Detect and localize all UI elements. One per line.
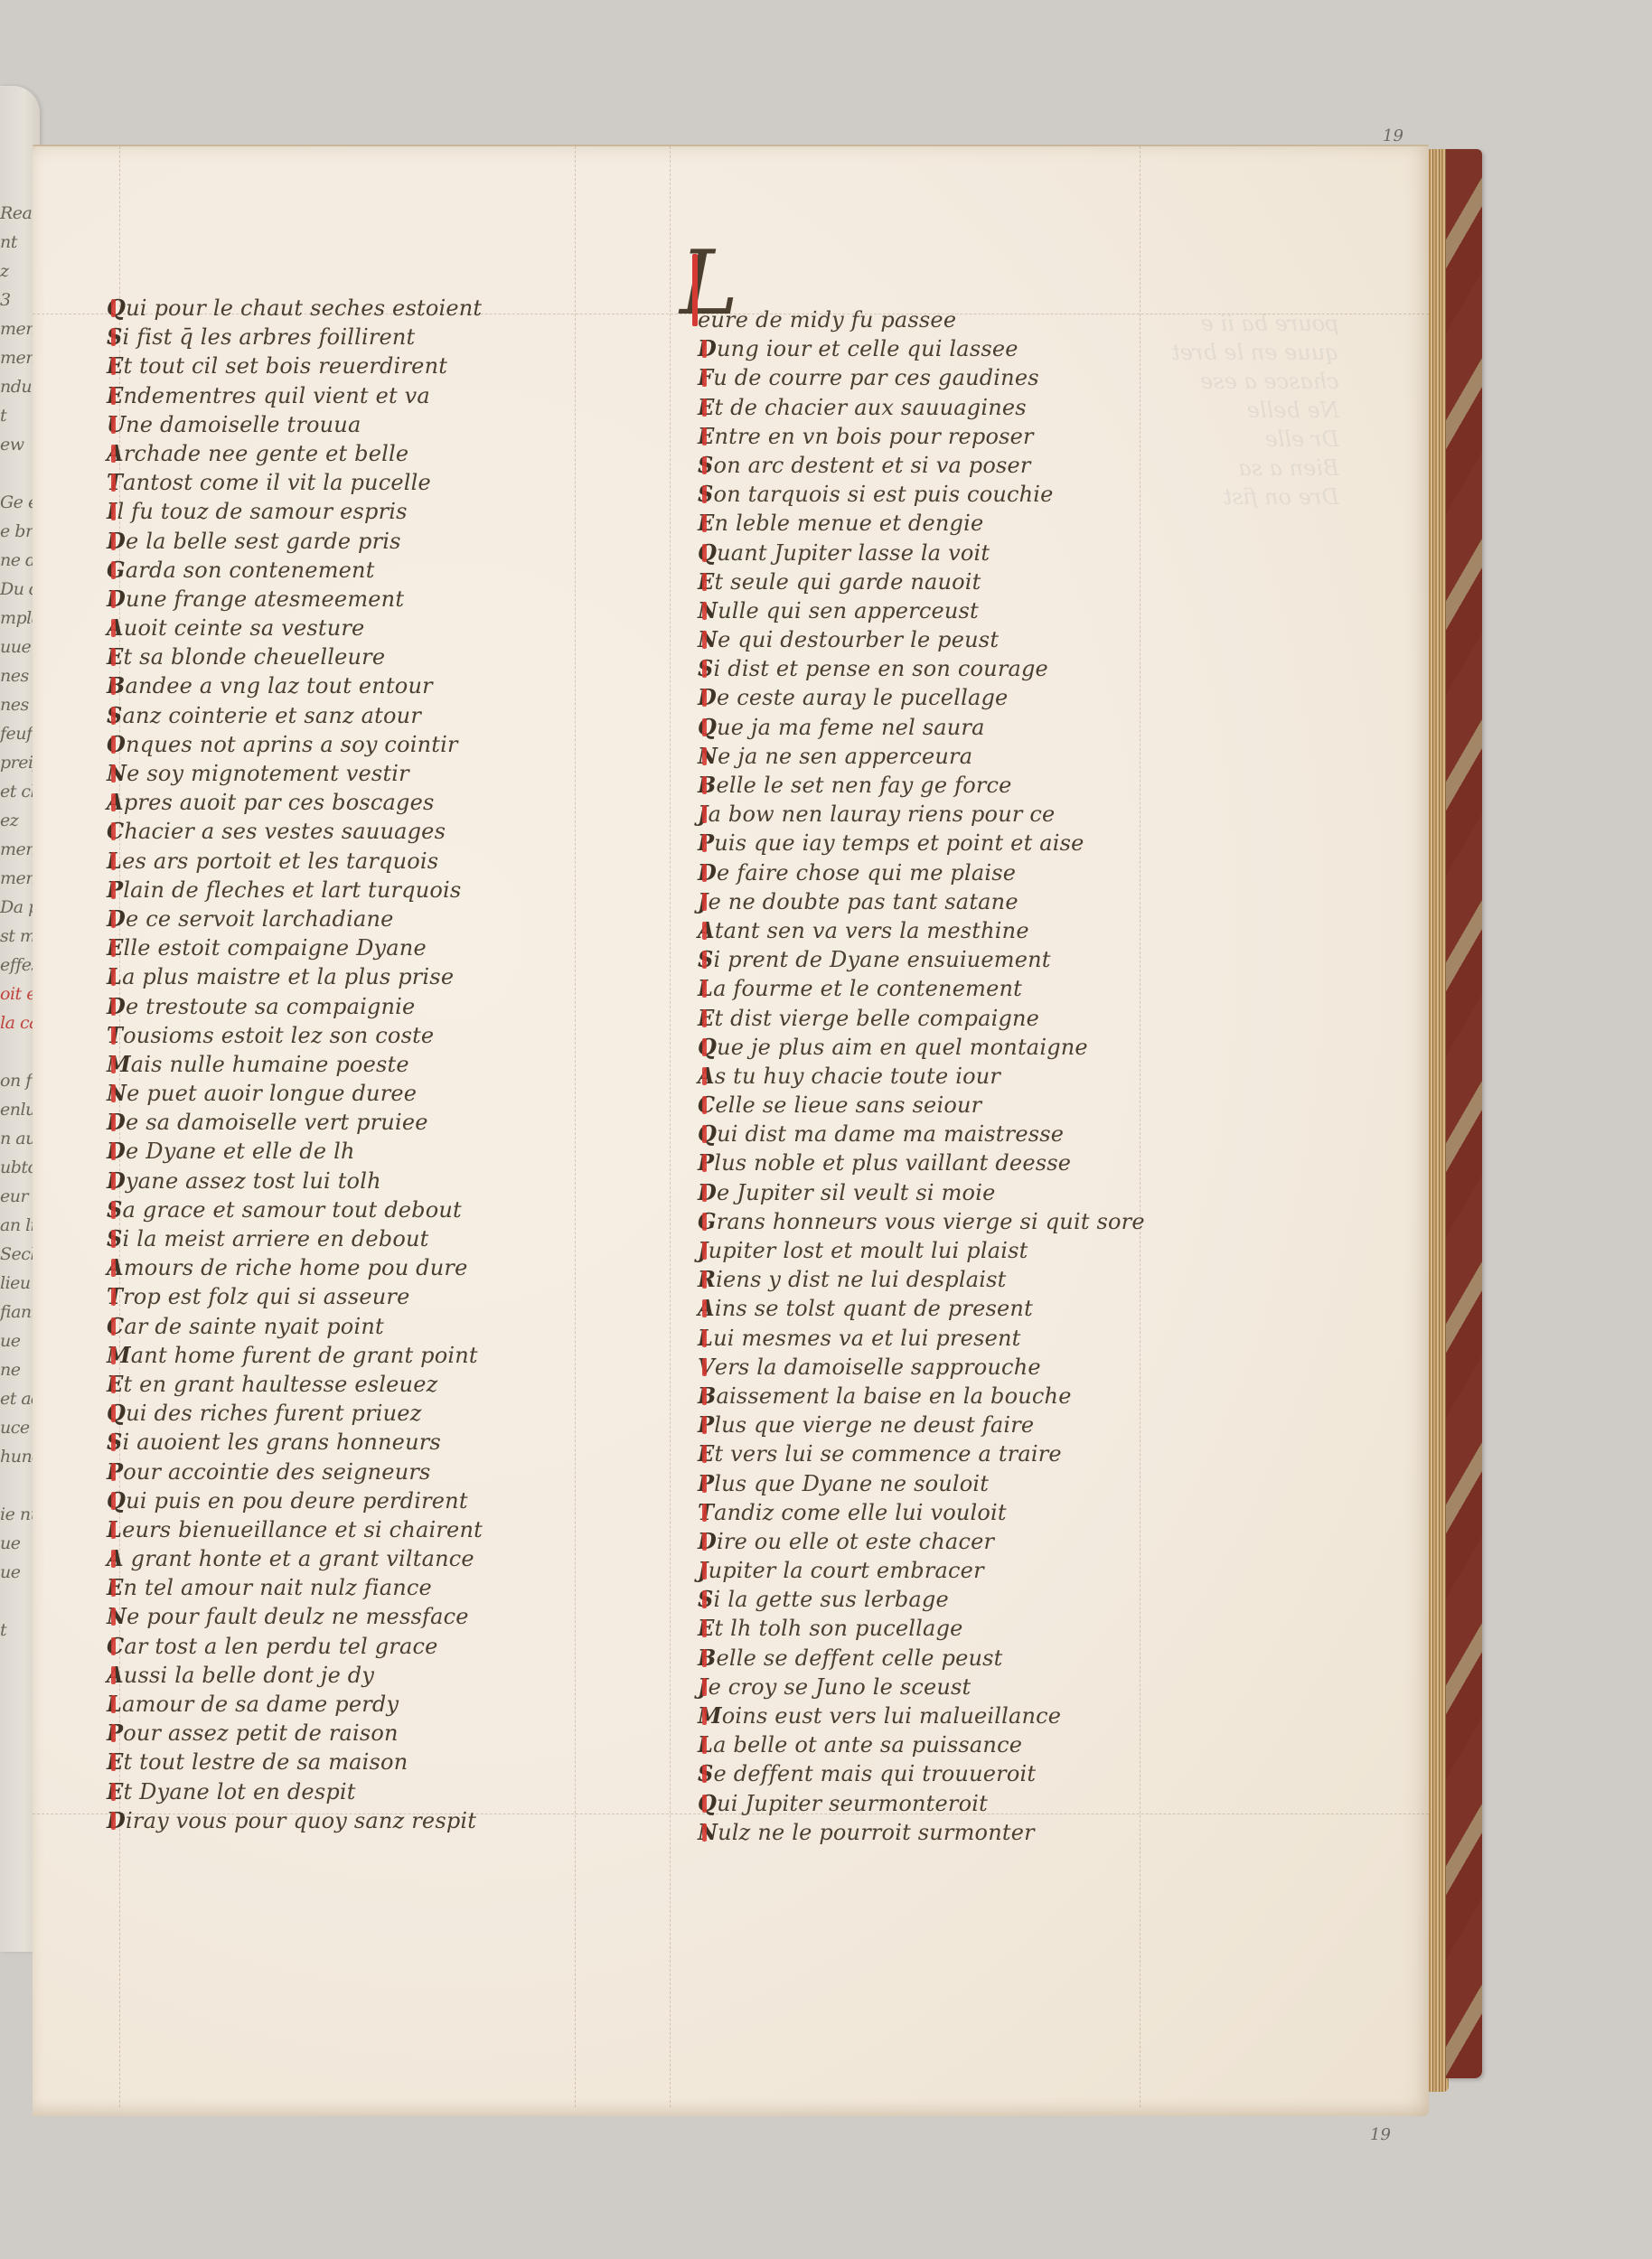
rubricated-initial: J	[698, 1236, 709, 1265]
verse-line: Tandiz come elle lui vouloit	[698, 1498, 1145, 1527]
rubricated-initial: P	[107, 1719, 123, 1748]
verse-line: Ne soy mignotement vestir	[107, 759, 483, 788]
verse-line: Son tarquois si est puis couchie	[698, 480, 1145, 509]
rubricated-initial: I	[107, 497, 117, 526]
verse-line: Ja bow nen lauray riens pour ce	[698, 800, 1145, 829]
rubricated-initial: S	[107, 1195, 123, 1224]
verse-text: ne damoiselle trouua	[126, 412, 361, 437]
verse-line: Ne qui destourber le peust	[698, 625, 1145, 654]
verse-text: ui mesmes va et lui present	[713, 1326, 1020, 1351]
verse-line: Je croy se Juno le sceust	[698, 1673, 1145, 1701]
verse-text: ulz ne le pourroit surmonter	[718, 1820, 1035, 1845]
rubricated-initial: P	[107, 1458, 123, 1486]
verse-text: i dist et pense en son courage	[714, 656, 1048, 681]
rubricated-initial: M	[107, 1341, 131, 1370]
verse-text: ulle qui sen apperceust	[718, 598, 979, 623]
verse-line: Apres auoit par ces boscages	[107, 788, 483, 817]
verse-line: Moins eust vers lui malueillance	[698, 1701, 1145, 1730]
rubricated-initial: Q	[698, 539, 717, 567]
verse-text: ui puis en pou deure perdirent	[126, 1488, 468, 1514]
verse-text: t Dyane lot en despit	[124, 1779, 356, 1804]
verse-text: i auoient les grans honneurs	[123, 1429, 441, 1455]
rubricated-initial: B	[698, 1644, 717, 1673]
verse-line: Et de chacier aux sauuagines	[698, 393, 1145, 422]
verse-line: Et tout lestre de sa maison	[107, 1748, 483, 1776]
verse-text: eurs bienueillance et si chairent	[122, 1517, 483, 1542]
verse-line: De la belle sest garde pris	[107, 527, 483, 556]
rubricated-initial: J	[698, 887, 709, 916]
verse-text: ers la damoiselle sapprouche	[715, 1354, 1041, 1380]
rubricated-initial: A	[107, 788, 124, 817]
verse-line: Pour accointie des seigneurs	[107, 1458, 483, 1486]
verse-text: t sa blonde cheuelleure	[124, 644, 386, 670]
rubricated-initial: A	[698, 916, 715, 945]
rubricated-initial: M	[107, 1050, 131, 1079]
rubricated-initial: L	[107, 962, 122, 991]
rubricated-initial: F	[698, 363, 713, 392]
book-binding	[1446, 149, 1482, 2078]
verse-text: lus noble et plus vaillant deesse	[714, 1150, 1071, 1176]
rubricated-initial: N	[698, 1818, 718, 1847]
verse-line: Celle se lieue sans seiour	[698, 1091, 1145, 1120]
rubricated-initial: A	[698, 1294, 715, 1323]
verse-line: Endementres quil vient et va	[107, 381, 483, 410]
verse-line: Si la meist arriere en debout	[107, 1224, 483, 1253]
verse-text: ire ou elle ot este chacer	[717, 1529, 994, 1554]
verse-text: e soy mignotement vestir	[127, 761, 409, 786]
verse-text: ui Jupiter seurmonteroit	[717, 1791, 988, 1816]
verse-line: Se deffent mais qui trouueroit	[698, 1759, 1145, 1788]
verse-line: Lui mesmes va et lui present	[698, 1324, 1145, 1353]
verse-text: antost come il vit la pucelle	[123, 470, 431, 495]
rubricated-initial: P	[107, 876, 123, 905]
verse-line: Plus que Dyane ne souloit	[698, 1469, 1145, 1498]
verse-text: grant honte et a grant viltance	[124, 1546, 474, 1571]
rubricated-initial: D	[107, 905, 126, 933]
rubricated-initial: S	[698, 945, 714, 974]
rubricated-initial: N	[698, 742, 718, 771]
verse-text: ndementres quil vient et va	[124, 383, 430, 408]
verse-line: De ceste auray le pucellage	[698, 683, 1145, 712]
rubricated-initial: D	[107, 992, 126, 1021]
verse-line: Ains se tolst quant de present	[698, 1294, 1145, 1323]
rubricated-initial: V	[698, 1353, 715, 1382]
verse-line: A grant honte et a grant viltance	[107, 1544, 483, 1573]
rubricated-initial: B	[698, 1382, 717, 1411]
rubricated-initial: G	[698, 1207, 717, 1236]
verse-line: Car tost a len perdu tel grace	[107, 1632, 483, 1661]
rubricated-initial: E	[698, 1614, 715, 1643]
rubricated-initial: Q	[698, 1033, 717, 1062]
verse-line: Mant home furent de grant point	[107, 1341, 483, 1370]
rubricated-initial: E	[698, 1004, 715, 1033]
verse-line: En leble menue et dengie	[698, 509, 1145, 538]
verse-line: Ne ja ne sen apperceura	[698, 742, 1145, 771]
verse-line: Qui pour le chaut seches estoient	[107, 294, 483, 323]
rubricated-initial: L	[107, 847, 122, 876]
verse-line: De sa damoiselle vert pruiee	[107, 1108, 483, 1137]
verse-line: La plus maistre et la plus prise	[107, 962, 483, 991]
verse-line: Je ne doubte pas tant satane	[698, 887, 1145, 916]
rubricated-initial: E	[698, 509, 715, 538]
rubricated-initial: D	[698, 858, 717, 887]
rubricated-initial: N	[698, 625, 718, 654]
verse-text: n leble menue et dengie	[715, 511, 984, 536]
rubricated-initial: S	[107, 701, 123, 730]
verse-text: on arc destent et si va poser	[714, 453, 1031, 478]
verse-line: De faire chose qui me plaise	[698, 858, 1145, 887]
rubricated-initial: J	[698, 1556, 709, 1585]
verse-text: es ars portoit et les tarquois	[122, 848, 438, 874]
verse-text: nques not aprins a soy cointir	[126, 732, 458, 757]
verse-text: uant Jupiter lasse la voit	[717, 540, 990, 566]
verse-text: ui dist ma dame ma maistresse	[717, 1121, 1064, 1147]
verse-text: e deffent mais qui trouueroit	[714, 1761, 1037, 1786]
verse-text: rans honneurs vous vierge si quit sore	[717, 1209, 1145, 1234]
verse-line: Qui Jupiter seurmonteroit	[698, 1789, 1145, 1818]
verse-line: Elle estoit compaigne Dyane	[107, 933, 483, 962]
verse-text: pres auoit par ces boscages	[124, 790, 435, 815]
verse-line: Amours de riche home pou dure	[107, 1253, 483, 1282]
verse-text: a plus maistre et la plus prise	[122, 964, 454, 989]
text-column-right: eure de midy fu passeeDung iour et celle…	[698, 305, 1145, 1847]
verse-line: En tel amour nait nulz fiance	[107, 1573, 483, 1602]
rubricated-initial: N	[107, 1602, 127, 1631]
verse-text: t seule qui garde nauoit	[715, 569, 981, 595]
verse-text: mours de riche home pou dure	[124, 1255, 468, 1280]
verse-line: Leurs bienueillance et si chairent	[107, 1515, 483, 1544]
rubricated-initial: A	[107, 1661, 124, 1690]
verse-text: ung iour et celle qui lassee	[717, 336, 1018, 361]
rubricated-initial: R	[698, 1265, 716, 1294]
rubricated-initial: Q	[107, 1486, 126, 1515]
verse-text: oins eust vers lui malueillance	[722, 1703, 1061, 1729]
verse-line: Et dist vierge belle compaigne	[698, 1004, 1145, 1033]
verse-text: ue je plus aim en quel montaigne	[717, 1035, 1088, 1060]
verse-line: Jupiter la court embracer	[698, 1556, 1145, 1585]
verse-line: Garda son contenement	[107, 556, 483, 585]
rubricated-initial: C	[107, 817, 124, 846]
verse-text: uoit ceinte sa vesture	[124, 615, 365, 641]
rubricated-initial: T	[107, 1021, 123, 1050]
rubricated-initial: Q	[698, 713, 717, 742]
rubricated-initial: N	[698, 596, 718, 625]
verse-line: Et sa blonde cheuelleure	[107, 642, 483, 671]
rubricated-initial: P	[698, 1469, 714, 1498]
verse-line: Entre en vn bois pour reposer	[698, 422, 1145, 451]
verse-line: Qui des riches furent priuez	[107, 1399, 483, 1428]
verse-line: Car de sainte nyait point	[107, 1312, 483, 1341]
rubricated-initial: Q	[698, 1789, 717, 1818]
rubricated-initial: D	[698, 334, 717, 363]
verse-line: Baissement la baise en la bouche	[698, 1382, 1145, 1411]
rubricated-initial: P	[698, 1148, 714, 1177]
rubricated-initial: O	[107, 730, 126, 759]
verse-line: Quant Jupiter lasse la voit	[698, 539, 1145, 567]
verse-text: i fist q̄ les arbres foillirent	[123, 324, 416, 350]
verse-line: Pour assez petit de raison	[107, 1719, 483, 1748]
verse-text: our accointie des seigneurs	[123, 1459, 430, 1485]
verse-text: anz cointerie et sanz atour	[123, 703, 421, 728]
rubricated-initial: S	[698, 654, 714, 683]
verse-text: e pour fault deulz ne messface	[127, 1604, 469, 1629]
text-column-left: Qui pour le chaut seches estoientSi fist…	[107, 294, 483, 1835]
verse-line: Si prent de Dyane ensuiuement	[698, 945, 1145, 974]
rubricated-initial: Q	[698, 1120, 717, 1148]
verse-line: Mais nulle humaine poeste	[107, 1050, 483, 1079]
rubricated-initial: D	[107, 1806, 126, 1835]
verse-text: iens y dist ne lui desplaist	[716, 1267, 1006, 1292]
verse-text: rchade nee gente et belle	[124, 441, 408, 466]
rubricated-initial: E	[698, 393, 715, 422]
verse-line: Ne puet auoir longue duree	[107, 1079, 483, 1108]
verse-line: Onques not aprins a soy cointir	[107, 730, 483, 759]
rubricated-initial: D	[107, 585, 126, 614]
verse-line: Atant sen va vers la mesthine	[698, 916, 1145, 945]
verse-text: l fu touz de samour espris	[117, 499, 407, 524]
verse-text: elle se lieue sans seiour	[715, 1092, 981, 1118]
verse-line: Son arc destent et si va poser	[698, 451, 1145, 480]
verse-text: t lh tolh son pucellage	[715, 1616, 963, 1641]
verse-text: ui pour le chaut seches estoient	[126, 295, 482, 321]
verse-line: Si la gette sus lerbage	[698, 1585, 1145, 1614]
verse-text: i prent de Dyane ensuiuement	[714, 947, 1051, 972]
verse-text: ais nulle humaine poeste	[131, 1052, 409, 1077]
verse-line: Diray vous pour quoy sanz respit	[107, 1806, 483, 1835]
verse-line: La fourme et le contenement	[698, 974, 1145, 1003]
rubricated-initial: E	[107, 1748, 124, 1776]
verse-line: Aussi la belle dont je dy	[107, 1661, 483, 1690]
verse-line: Belle le set nen fay ge force	[698, 771, 1145, 800]
verse-text: upiter la court embracer	[709, 1558, 984, 1583]
verse-line: Et Dyane lot en despit	[107, 1777, 483, 1806]
verse-line: De trestoute sa compaignie	[107, 992, 483, 1021]
verse-text: elle le set nen fay ge force	[717, 773, 1012, 798]
verse-text: andiz come elle lui vouloit	[714, 1500, 1007, 1525]
rubricated-initial: L	[107, 1690, 122, 1719]
verse-line: Qui dist ma dame ma maistresse	[698, 1120, 1145, 1148]
rubricated-initial: B	[698, 771, 717, 800]
verse-text: e Jupiter sil veult si moie	[717, 1180, 995, 1205]
verse-line: Plus noble et plus vaillant deesse	[698, 1148, 1145, 1177]
verse-line: eure de midy fu passee	[698, 305, 1145, 334]
verse-text: e qui destourber le peust	[718, 627, 999, 652]
verse-text: lain de fleches et lart turquois	[123, 877, 461, 903]
verse-line: Chacier a ses vestes sauuages	[107, 817, 483, 846]
verse-line: Puis que iay temps et point et aise	[698, 829, 1145, 858]
verse-text: ousioms estoit lez son coste	[123, 1023, 434, 1048]
verse-text: lus que vierge ne deust faire	[714, 1412, 1034, 1438]
verse-text: t vers lui se commence a traire	[715, 1441, 1062, 1467]
rubricated-initial: J	[698, 800, 709, 829]
verse-line: Si dist et pense en son courage	[698, 654, 1145, 683]
folio-number-bottom: 19	[1370, 2125, 1391, 2144]
verse-line: Sa grace et samour tout debout	[107, 1195, 483, 1224]
rubricated-initial: D	[107, 1167, 126, 1195]
rubricated-initial: S	[698, 1585, 714, 1614]
verse-line: Une damoiselle trouua	[107, 410, 483, 439]
verse-text: iray vous pour quoy sanz respit	[126, 1808, 476, 1833]
rubricated-initial: S	[107, 323, 123, 352]
verse-line: De Jupiter sil veult si moie	[698, 1178, 1145, 1207]
rubricated-initial: E	[698, 567, 715, 596]
verse-text: e ne doubte pas tant satane	[709, 889, 1018, 914]
rubricated-initial: D	[698, 1178, 717, 1207]
verse-text: a belle ot ante sa puissance	[713, 1732, 1022, 1758]
verse-text: amour de sa dame perdy	[122, 1692, 399, 1717]
verse-line: Dyane assez tost lui tolh	[107, 1167, 483, 1195]
verse-text: hacier a ses vestes sauuages	[124, 819, 446, 844]
verse-text: ar tost a len perdu tel grace	[124, 1634, 437, 1659]
rubricated-initial: L	[698, 1324, 713, 1353]
verse-text: e ja ne sen apperceura	[718, 744, 972, 769]
verse-line: Jupiter lost et moult lui plaist	[698, 1236, 1145, 1265]
rubricated-initial: S	[698, 451, 714, 480]
verse-line: Et en grant haultesse esleuez	[107, 1370, 483, 1399]
verse-line: Sanz cointerie et sanz atour	[107, 701, 483, 730]
verse-text: elle se deffent celle peust	[717, 1645, 1003, 1671]
verse-text: a bow nen lauray riens pour ce	[709, 801, 1056, 827]
verse-text: on tarquois si est puis couchie	[714, 482, 1054, 507]
rubricated-initial: P	[698, 1411, 714, 1439]
rubricated-initial: D	[107, 1137, 126, 1166]
verse-text: ant home furent de grant point	[131, 1343, 478, 1368]
verse-text: lle estoit compaigne Dyane	[124, 935, 427, 961]
rubricated-initial: L	[107, 1515, 122, 1544]
rubricated-initial: S	[107, 1428, 123, 1457]
verse-text: e croy se Juno le sceust	[709, 1674, 971, 1700]
rubricated-initial: T	[698, 1498, 714, 1527]
verse-line: Que je plus aim en quel montaigne	[698, 1033, 1145, 1062]
verse-line: Ne pour fault deulz ne messface	[107, 1602, 483, 1631]
rubricated-initial: M	[698, 1701, 722, 1730]
verse-line: Trop est folz qui si asseure	[107, 1282, 483, 1311]
rubricated-initial: B	[107, 671, 126, 700]
verse-line: Belle se deffent celle peust	[698, 1644, 1145, 1673]
rubricated-initial: E	[107, 642, 124, 671]
rubricated-initial: Q	[107, 294, 126, 323]
rubricated-initial: C	[698, 1091, 715, 1120]
rubricated-initial: D	[698, 1527, 717, 1556]
rubricated-initial: E	[698, 1439, 715, 1468]
verse-text: e Dyane et elle de lh	[126, 1139, 355, 1164]
rubricated-initial: G	[107, 556, 126, 585]
rubricated-initial: A	[107, 614, 124, 642]
rubricated-initial: U	[107, 410, 126, 439]
verse-line: Auoit ceinte sa vesture	[107, 614, 483, 642]
verse-text: t tout cil set bois reuerdirent	[124, 353, 448, 379]
verse-text: e la belle sest garde pris	[126, 529, 401, 554]
verse-text: a grace et samour tout debout	[123, 1197, 462, 1223]
verse-text: i la meist arriere en debout	[123, 1226, 429, 1251]
verse-text: s tu huy chacie toute iour	[715, 1064, 1000, 1089]
verse-line: Il fu touz de samour espris	[107, 497, 483, 526]
verse-line: Et lh tolh son pucellage	[698, 1614, 1145, 1643]
rubricated-initial: E	[107, 1370, 124, 1399]
verse-text: andee a vng laz tout entour	[126, 673, 433, 698]
rubricated-initial: D	[107, 1108, 126, 1137]
rubricated-initial: D	[698, 683, 717, 712]
verse-text: eure de midy fu passee	[698, 307, 956, 333]
verse-text: arda son contenement	[126, 558, 375, 583]
rubricated-initial: T	[107, 468, 123, 497]
verse-text: uis que iay temps et point et aise	[714, 830, 1084, 856]
verse-line: Tantost come il vit la pucelle	[107, 468, 483, 497]
verse-text: une frange atesmeement	[126, 586, 404, 612]
folio-number-top: 19	[1383, 127, 1403, 145]
verse-text: lus que Dyane ne souloit	[714, 1471, 989, 1496]
verse-line: Dune frange atesmeement	[107, 585, 483, 614]
verse-line: Riens y dist ne lui desplaist	[698, 1265, 1145, 1294]
verse-text: ui des riches furent priuez	[126, 1401, 421, 1426]
verse-text: ntre en vn bois pour reposer	[715, 424, 1034, 449]
rubricated-initial: E	[107, 933, 124, 962]
verse-line: Dung iour et celle qui lassee	[698, 334, 1145, 363]
verse-line: Plus que vierge ne deust faire	[698, 1411, 1145, 1439]
verse-line: Si fist q̄ les arbres foillirent	[107, 323, 483, 352]
verse-text: t de chacier aux sauuagines	[715, 395, 1027, 420]
verse-text: n tel amour nait nulz fiance	[124, 1575, 432, 1600]
rubricated-initial: S	[698, 480, 714, 509]
verse-text: a fourme et le contenement	[713, 976, 1022, 1001]
verse-line: Fu de courre par ces gaudines	[698, 363, 1145, 392]
verse-line: Et vers lui se commence a traire	[698, 1439, 1145, 1468]
verse-line: Grans honneurs vous vierge si quit sore	[698, 1207, 1145, 1236]
verse-line: Qui puis en pou deure perdirent	[107, 1486, 483, 1515]
verse-text: upiter lost et moult lui plaist	[709, 1238, 1028, 1263]
rubricated-initial: L	[698, 1730, 713, 1759]
verse-text: ussi la belle dont je dy	[124, 1663, 374, 1688]
verse-line: Vers la damoiselle sapprouche	[698, 1353, 1145, 1382]
verse-line: De ce servoit larchadiane	[107, 905, 483, 933]
verse-line: La belle ot ante sa puissance	[698, 1730, 1145, 1759]
verse-line: Dire ou elle ot este chacer	[698, 1527, 1145, 1556]
verse-text: ar de sainte nyait point	[124, 1314, 384, 1339]
rubricated-initial: N	[107, 1079, 127, 1108]
rubricated-initial: E	[107, 352, 124, 380]
rubricated-initial: D	[107, 527, 126, 556]
rubricated-initial: C	[107, 1632, 124, 1661]
verse-text: e trestoute sa compaignie	[126, 994, 415, 1019]
rubricated-initial: N	[107, 759, 127, 788]
verse-text: e faire chose qui me plaise	[717, 860, 1016, 886]
verse-line: Nulz ne le pourroit surmonter	[698, 1818, 1145, 1847]
rubricated-initial: Q	[107, 1399, 126, 1428]
verse-line: Plain de fleches et lart turquois	[107, 876, 483, 905]
verse-line: Et tout cil set bois reuerdirent	[107, 352, 483, 380]
verse-text: e puet auoir longue duree	[127, 1081, 417, 1106]
rubricated-initial: E	[107, 1573, 124, 1602]
rubricated-initial: P	[698, 829, 714, 858]
rubricated-initial: S	[698, 1759, 714, 1788]
rubricated-initial: E	[107, 381, 124, 410]
rubricated-initial: A	[698, 1062, 715, 1091]
rubricated-initial: A	[107, 439, 124, 468]
verse-text: ue ja ma feme nel saura	[717, 715, 984, 740]
verse-text: u de courre par ces gaudines	[713, 365, 1039, 390]
verse-text: ins se tolst quant de present	[715, 1296, 1033, 1321]
rubricated-initial: S	[107, 1224, 123, 1253]
verse-line: Lamour de sa dame perdy	[107, 1690, 483, 1719]
rubricated-initial: A	[107, 1253, 124, 1282]
verse-text: e sa damoiselle vert pruiee	[126, 1110, 428, 1135]
rubricated-initial: E	[698, 422, 715, 451]
verse-line: As tu huy chacie toute iour	[698, 1062, 1145, 1091]
verse-line: Les ars portoit et les tarquois	[107, 847, 483, 876]
verse-line: De Dyane et elle de lh	[107, 1137, 483, 1166]
verse-text: t en grant haultesse esleuez	[124, 1372, 438, 1397]
rubricated-initial: J	[698, 1673, 709, 1701]
